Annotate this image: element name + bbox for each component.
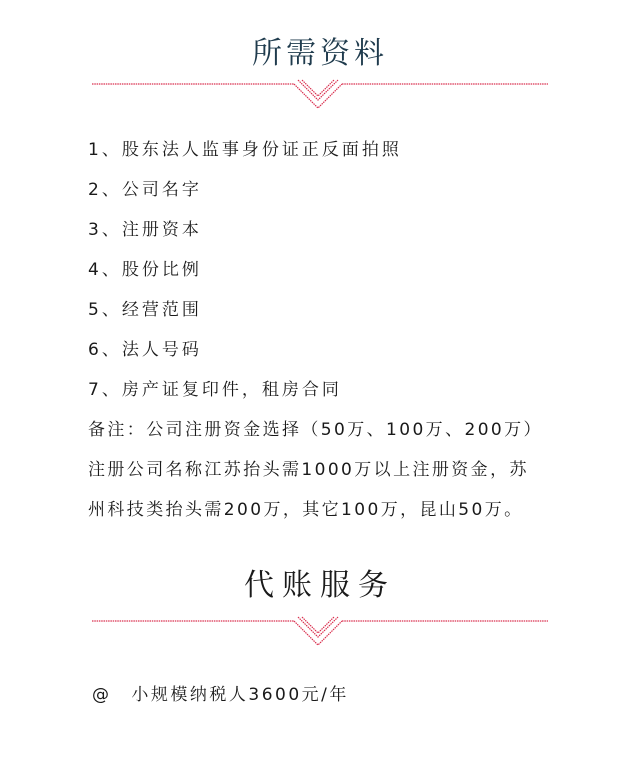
required-materials-list: 1、股东法人监事身份证正反面拍照 2、公司名字 3、注册资本 4、股份比例 5、… [88,130,402,410]
remarks-paragraph: 备注：公司注册资金选择（50万、100万、200万） 注册公司名称江苏抬头需10… [88,410,588,530]
remarks-line: 注册公司名称江苏抬头需1000万以上注册资金，苏 [88,450,588,490]
service-item: @ 小规模纳税人3600元/年 [92,680,349,705]
service-item-text: 小规模纳税人3600元/年 [131,685,349,705]
list-item: 1、股东法人监事身份证正反面拍照 [88,130,402,170]
remarks-line: 备注：公司注册资金选择（50万、100万、200万） [88,410,588,450]
remarks-line: 州科技类抬头需200万，其它100万，昆山50万。 [88,490,588,530]
decorative-divider-chevron-icon [0,70,640,110]
list-item: 2、公司名字 [88,170,402,210]
list-item: 6、法人号码 [88,330,402,370]
at-bullet-icon: @ [92,685,112,705]
section-title-required-materials: 所需资料 [0,28,640,72]
section-title-bookkeeping-service: 代账服务 [0,560,640,604]
list-item: 7、房产证复印件，租房合同 [88,370,402,410]
list-item: 3、注册资本 [88,210,402,250]
list-item: 5、经营范围 [88,290,402,330]
decorative-divider-chevron-icon [0,607,640,647]
list-item: 4、股份比例 [88,250,402,290]
